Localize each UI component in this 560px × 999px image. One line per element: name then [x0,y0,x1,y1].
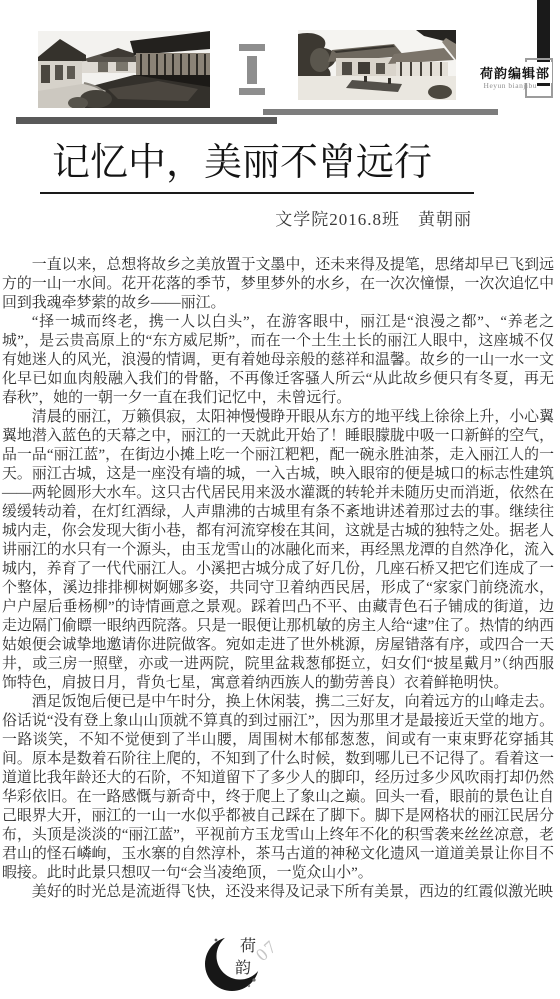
article-body: 一直以来，总想将故乡之美放置于文墨中，还未来得及提笔，思绪却早已飞到远方的一山一… [2,256,554,902]
paragraph-4: 酒足饭饱后便已是中午时分，换上休闲装，携二三好友，向着远方的山峰走去。俗话说“没… [2,693,554,883]
i-ornament-top-bar [239,44,265,51]
title-underline [40,192,474,194]
article-byline: 文学院2016.8班 黄朝丽 [275,205,472,230]
lijiang-canal-photo [38,31,210,108]
paragraph-1: 一直以来，总想将故乡之美放置于文墨中，还未来得及提笔，思绪却早已飞到远方的一山一… [2,256,554,313]
header-rule-right [263,109,498,115]
logo-char-yun: 韵 [235,959,251,977]
lijiang-courtyard-photo [298,30,456,100]
paragraph-5: 美好的时光总是流逝得飞快，还没来得及记录下所有美景，西边的红霞似激光映 [2,883,554,902]
editorial-dept-pinyin: Heyun bianjibu [484,81,537,90]
paragraph-2: “择一城而终老，携一人以白头”，在游客眼中，丽江是“浪漫之都”、“养老之城”，是… [2,313,554,408]
paragraph-3: 清晨的丽江，万籁俱寂，太阳神慢慢睁开眼从东方的地平线上徐徐上升，小心翼翼地潜入蓝… [2,408,554,693]
editorial-dept-label: 荷韵编辑部 [478,62,552,83]
i-ornament-stem [247,56,257,84]
article-title: 记忆中，美丽不曾远行 [52,143,432,185]
header-rule-left [16,117,277,124]
heyun-ink-logo: 荷 韵 [204,927,268,999]
i-ornament-bottom-bar [239,88,265,95]
